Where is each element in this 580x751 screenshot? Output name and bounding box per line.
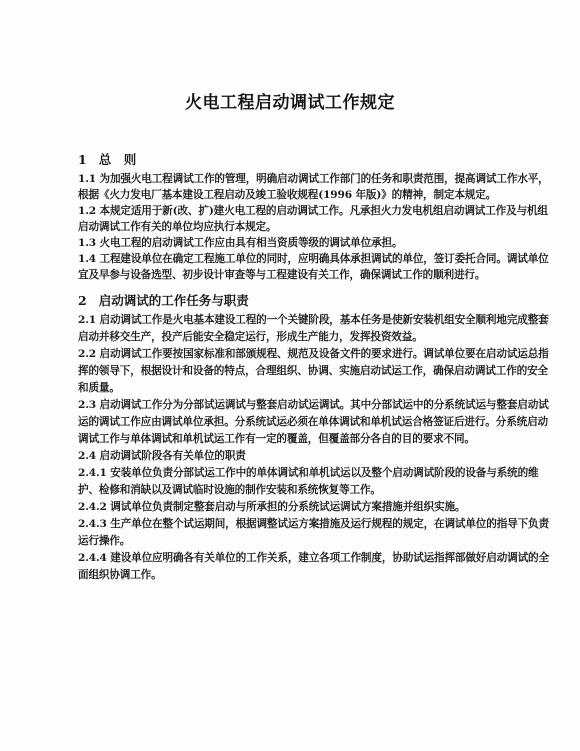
- section-heading-2: 2启动调试的工作任务与职责: [78, 291, 249, 309]
- paragraph-line: 和质量。: [78, 381, 120, 395]
- section-title: 启动调试的工作任务与职责: [99, 293, 249, 308]
- paragraph-line: 调试工作与单体调试和单机试运工作有一定的覆盖，但覆盖部分各自的目的要求不同。: [78, 432, 475, 446]
- paragraph-line: 2.2 启动调试工作要按国家标准和部颁规程、规范及设备文件的要求进行。调试单位要…: [78, 347, 549, 361]
- paragraph-line: 2.4 启动调试阶段各有关单位的职责: [78, 449, 246, 463]
- paragraph-line: 2.4.4 建设单位应明确各有关单位的工作关系，建立各项工作制度，协助试运指挥部…: [78, 551, 549, 565]
- section-heading-1: 1总 则: [78, 150, 136, 168]
- document-page: 火电工程启动调试工作规定 1总 则 1.1 为加强火电工程调试工作的管理，明确启…: [0, 0, 580, 751]
- paragraph-line: 根据《火力发电厂基本建设工程启动及竣工验收规程(1996 年版)》的精神，制定本…: [78, 188, 496, 202]
- paragraph-line: 1.4 工程建设单位在确定工程施工单位的同时，应明确具体承担调试的单位，签订委托…: [78, 252, 549, 266]
- paragraph-line: 2.4.2 调试单位负责制定整套启动与所承担的分系统试运调试方案措施并组织实施。: [78, 500, 465, 514]
- paragraph-line: 启动并移交生产，投产后能安全稳定运行，形成生产能力，发挥投资效益。: [78, 330, 423, 344]
- paragraph-line: 1.2 本规定适用于新(改、扩)建火电工程的启动调试工作。凡承担火力发电机组启动…: [78, 204, 548, 218]
- paragraph-line: 1.1 为加强火电工程调试工作的管理，明确启动调试工作部门的任务和职责范围，提高…: [78, 172, 549, 186]
- paragraph-line: 2.3 启动调试工作分为分部试运调试与整套启动试运调试。其中分部试运中的分系统试…: [78, 398, 549, 412]
- paragraph-line: 1.3 火电工程的启动调试工作应由具有相当资质等级的调试单位承担。: [78, 236, 402, 250]
- paragraph-line: 运行操作。: [78, 534, 130, 548]
- paragraph-line: 2.4.1 安装单位负责分部试运工作中的单体调试和单机试运以及整个启动调试阶段的…: [78, 466, 538, 480]
- document-title: 火电工程启动调试工作规定: [0, 88, 580, 113]
- paragraph-line: 宜及早参与设备选型、初步设计审查等与工程建设有关工作，确保调试工作的顺利进行。: [78, 268, 485, 282]
- section-number: 2: [78, 293, 87, 308]
- paragraph-line: 启动调试工作有关的单位均应执行本规定。: [78, 220, 276, 234]
- paragraph-line: 挥的领导下，根据设计和设备的特点，合理组织、协调、实施启动试运工作，确保启动调试…: [78, 364, 548, 378]
- paragraph-line: 护、检修和消缺以及调试临时设施的制作安装和系统恢复等工作。: [78, 483, 381, 497]
- paragraph-line: 运的调试工作应由调试单位承担。分系统试运必须在单体调试和单机试运合格签证后进行。…: [78, 415, 548, 429]
- paragraph-line: 2.4.3 生产单位在整个试运期间，根据调整试运方案措施及运行规程的规定，在调试…: [78, 517, 549, 531]
- paragraph-line: 2.1 启动调试工作是火电基本建设工程的一个关键阶段，基本任务是使新安装机组安全…: [78, 313, 549, 327]
- paragraph-line: 面组织协调工作。: [78, 568, 162, 582]
- section-title: 总 则: [99, 152, 137, 167]
- section-number: 1: [78, 152, 87, 167]
